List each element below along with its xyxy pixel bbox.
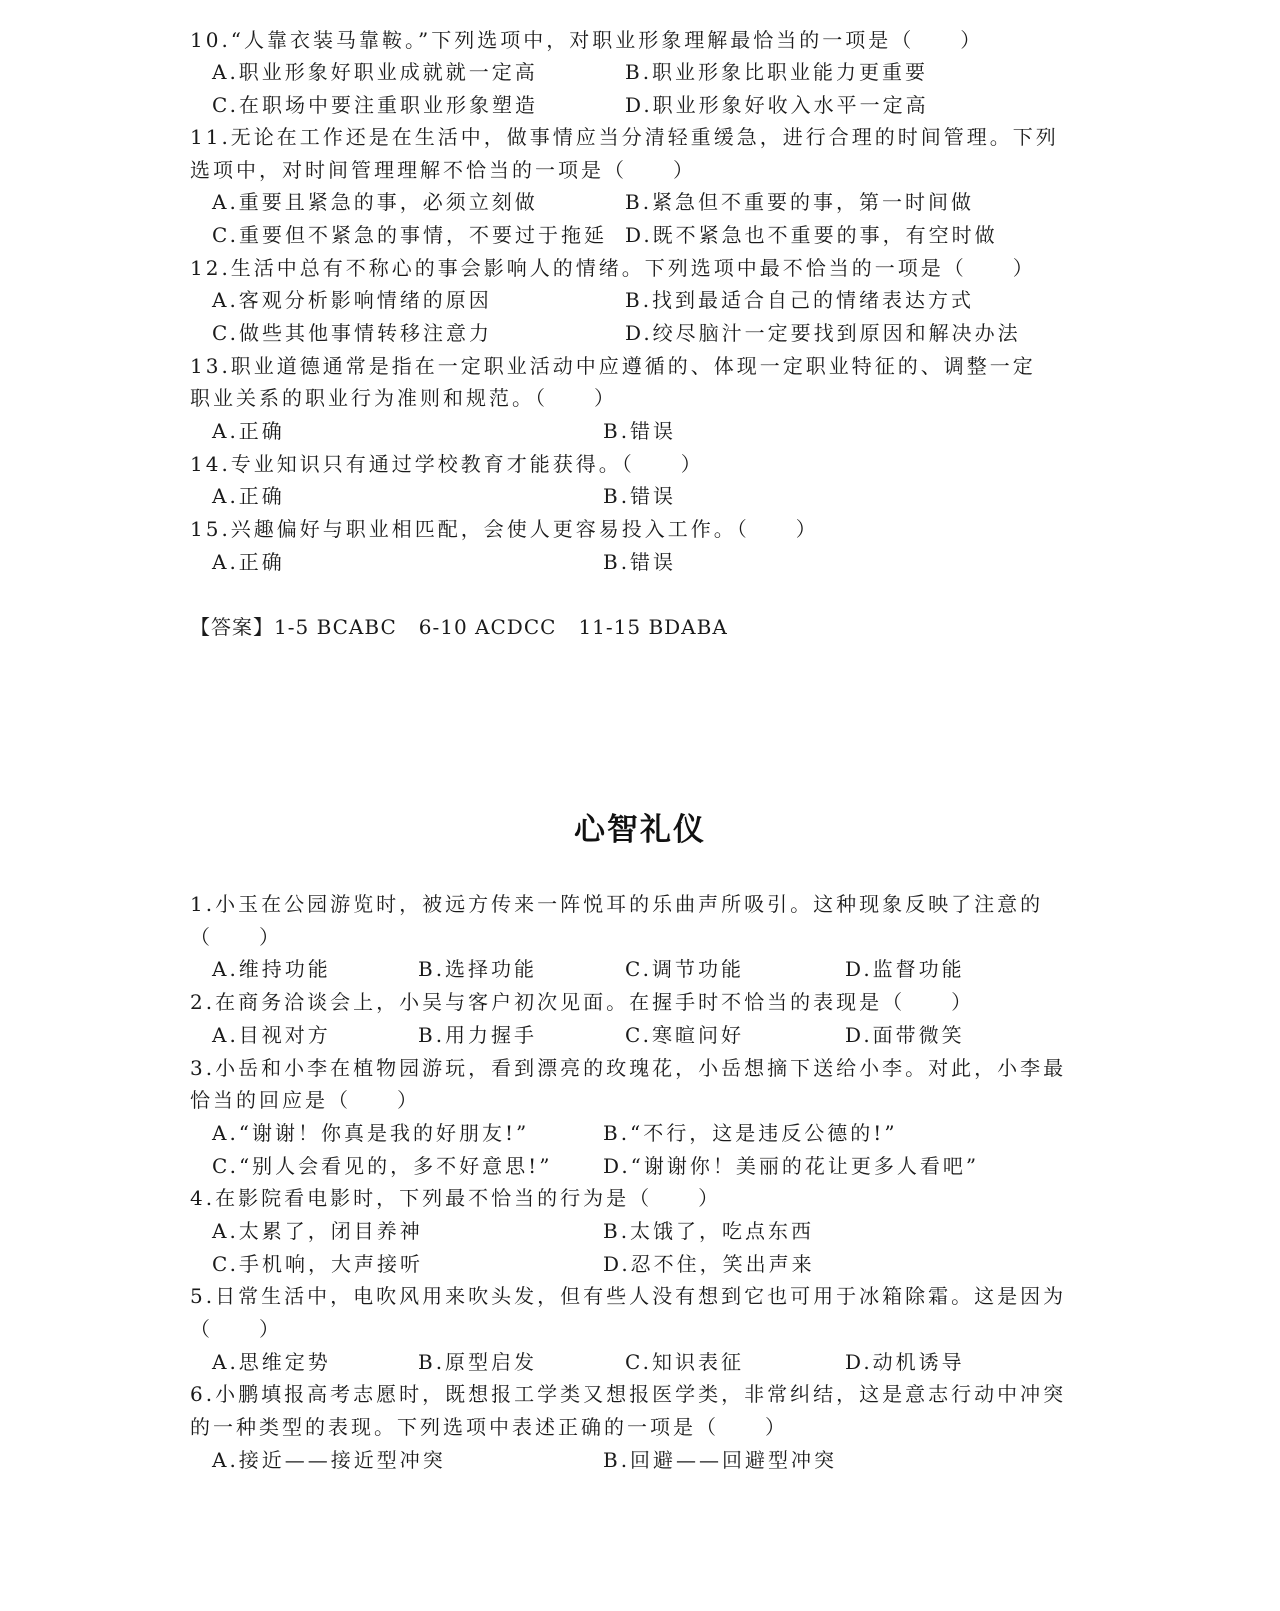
option-d: D.“谢谢你！美丽的花让更多人看吧”	[603, 1150, 979, 1182]
question-text: 12.生活中总有不称心的事会影响人的情绪。下列选项中最不恰当的一项是（ ）	[190, 252, 1036, 284]
option-a: A.太累了，闭目养神	[212, 1215, 423, 1247]
option-b: B.原型启发	[418, 1346, 537, 1378]
option-a: A.正确	[212, 480, 285, 512]
option-c: C.手机响，大声接听	[212, 1248, 423, 1280]
option-b: B.错误	[603, 480, 676, 512]
question-text: 4.在影院看电影时，下列最不恰当的行为是（ ）	[190, 1182, 721, 1214]
question-text: 1.小玉在公园游览时，被远方传来一阵悦耳的乐曲声所吸引。这种现象反映了注意的	[190, 888, 1043, 920]
option-a: A.思维定势	[212, 1346, 331, 1378]
question-text-cont: （ ）	[190, 1313, 282, 1345]
option-c: C.重要但不紧急的事情，不要过于拖延	[212, 219, 607, 251]
question-text: 14.专业知识只有通过学校教育才能获得。（ ）	[190, 448, 704, 480]
option-b: B.紧急但不重要的事，第一时间做	[625, 186, 974, 218]
option-b: B.回避——回避型冲突	[603, 1444, 837, 1476]
option-b: B.“不行，这是违反公德的!”	[603, 1117, 898, 1149]
option-b: B.错误	[603, 415, 676, 447]
option-b: B.用力握手	[418, 1019, 537, 1051]
answer-label: 【答案】	[190, 615, 274, 639]
option-a: A.“谢谢！你真是我的好朋友!”	[212, 1117, 529, 1149]
question-text: 5.日常生活中，电吹风用来吹头发，但有些人没有想到它也可用于冰箱除霜。这是因为	[190, 1280, 1066, 1312]
option-b: B.选择功能	[418, 953, 537, 985]
option-d: D.动机诱导	[845, 1346, 965, 1378]
question-text-cont: 选项中，对时间管理理解不恰当的一项是（ ）	[190, 154, 696, 186]
option-a: A.重要且紧急的事，必须立刻做	[212, 186, 538, 218]
question-text: 6.小鹏填报高考志愿时，既想报工学类又想报医学类，非常纠结，这是意志行动中冲突	[190, 1378, 1066, 1410]
answer-group-11-15: 11-15 BDABA	[578, 615, 727, 639]
question-text: 3.小岳和小李在植物园游玩，看到漂亮的玫瑰花，小岳想摘下送给小李。对此，小李最	[190, 1052, 1066, 1084]
answer-key: 【答案】1-5 BCABC6-10 ACDCC11-15 BDABA	[190, 611, 728, 643]
section-title: 心智礼仪	[0, 808, 1280, 852]
option-a: A.目视对方	[212, 1019, 331, 1051]
option-c: C.调节功能	[625, 953, 744, 985]
option-a: A.正确	[212, 546, 285, 578]
option-c: C.做些其他事情转移注意力	[212, 317, 492, 349]
option-d: D.绞尽脑汁一定要找到原因和解决办法	[625, 317, 1021, 349]
option-d: D.监督功能	[845, 953, 965, 985]
question-text-cont: 职业关系的职业行为准则和规范。（ ）	[190, 382, 617, 414]
option-b: B.太饿了，吃点东西	[603, 1215, 814, 1247]
option-c: C.知识表征	[625, 1346, 744, 1378]
option-c: C.在职场中要注重职业形象塑造	[212, 89, 538, 121]
question-text: 11.无论在工作还是在生活中，做事情应当分清轻重缓急，进行合理的时间管理。下列	[190, 121, 1059, 153]
question-text-cont: 恰当的回应是（ ）	[190, 1084, 420, 1116]
option-d: D.忍不住，笑出声来	[603, 1248, 815, 1280]
option-b: B.错误	[603, 546, 676, 578]
question-text: 13.职业道德通常是指在一定职业活动中应遵循的、体现一定职业特征的、调整一定	[190, 350, 1036, 382]
option-b: B.职业形象比职业能力更重要	[625, 56, 928, 88]
option-c: C.寒暄问好	[625, 1019, 744, 1051]
question-text: 10.“人靠衣装马靠鞍。”下列选项中，对职业形象理解最恰当的一项是（ ）	[190, 24, 983, 56]
option-a: A.维持功能	[212, 953, 331, 985]
option-d: D.职业形象好收入水平一定高	[625, 89, 929, 121]
option-a: A.接近——接近型冲突	[212, 1444, 446, 1476]
option-d: D.面带微笑	[845, 1019, 965, 1051]
option-a: A.客观分析影响情绪的原因	[212, 284, 492, 316]
question-text-cont: 的一种类型的表现。下列选项中表述正确的一项是（ ）	[190, 1411, 788, 1443]
answer-group-1-5: 1-5 BCABC	[274, 615, 397, 639]
option-d: D.既不紧急也不重要的事，有空时做	[625, 219, 998, 251]
question-text: 15.兴趣偏好与职业相匹配，会使人更容易投入工作。（ ）	[190, 513, 819, 545]
answer-group-6-10: 6-10 ACDCC	[419, 615, 557, 639]
question-text-cont: （ ）	[190, 921, 282, 953]
option-a: A.正确	[212, 415, 285, 447]
option-b: B.找到最适合自己的情绪表达方式	[625, 284, 974, 316]
question-text: 2.在商务洽谈会上，小吴与客户初次见面。在握手时不恰当的表现是（ ）	[190, 986, 974, 1018]
option-a: A.职业形象好职业成就就一定高	[212, 56, 538, 88]
option-c: C.“别人会看见的，多不好意思!”	[212, 1150, 552, 1182]
